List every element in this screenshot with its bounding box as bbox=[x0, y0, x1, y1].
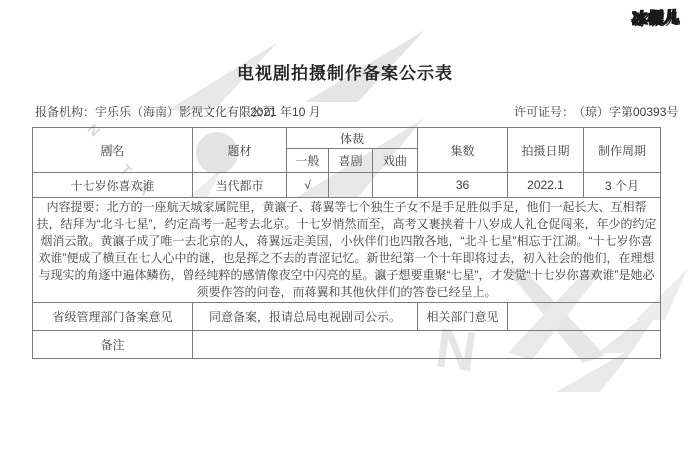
remarks-label: 备注 bbox=[33, 331, 193, 359]
remarks-value bbox=[193, 331, 661, 359]
synopsis-text: 北方的一座航天城家属院里，黄瀛子、蒋翼等七个独生子女不是手足胜似手足，他们一起长… bbox=[37, 200, 657, 299]
cell-general-checkmark: √ bbox=[287, 173, 329, 198]
cell-production-cycle: 3 个月 bbox=[584, 173, 661, 198]
col-header-subject: 题材 bbox=[193, 128, 287, 173]
license-label: 许可证号： bbox=[514, 103, 574, 120]
col-header-episodes: 集数 bbox=[418, 128, 508, 173]
license-number: （琼）字第00393号 bbox=[573, 103, 678, 120]
provincial-opinion-value: 同意备案，报请总局电视剧司公示。 bbox=[193, 303, 418, 331]
cell-shoot-date: 2022.1 bbox=[508, 173, 584, 198]
col-header-form-comedy: 喜剧 bbox=[329, 149, 373, 173]
col-header-production-cycle: 制作周期 bbox=[584, 128, 661, 173]
col-header-shoot-date: 拍摄日期 bbox=[508, 128, 584, 173]
col-header-form-general: 一般 bbox=[287, 149, 329, 173]
col-header-drama-title: 剧名 bbox=[33, 128, 193, 173]
related-opinion-label: 相关部门意见 bbox=[418, 303, 508, 331]
cell-opera-checkmark bbox=[373, 173, 418, 198]
filing-month: 2021 年10 月 bbox=[250, 103, 321, 120]
form-document: 冰棍儿 电视剧拍摄制作备案公示表 报备机构：宇乐乐（海南）影视文化有限公司 20… bbox=[0, 0, 690, 449]
table-row: 十七岁你喜欢谁 当代都市 √ 36 2022.1 3 个月 bbox=[33, 173, 661, 198]
cell-subject: 当代都市 bbox=[193, 173, 287, 198]
synopsis-label: 内容提要： bbox=[46, 200, 106, 214]
page-title: 电视剧拍摄制作备案公示表 bbox=[0, 59, 690, 84]
cell-drama-title: 十七岁你喜欢谁 bbox=[33, 173, 193, 198]
info-row: 报备机构：宇乐乐（海南）影视文化有限公司 2021 年10 月 许可证号： （琼… bbox=[0, 103, 690, 121]
col-header-form-group: 体裁 bbox=[287, 128, 418, 149]
reporting-agency: 报备机构：宇乐乐（海南）影视文化有限公司 bbox=[35, 103, 275, 120]
cell-episodes: 36 bbox=[418, 173, 508, 198]
provincial-opinion-label: 省级管理部门备案意见 bbox=[33, 303, 193, 331]
cell-comedy-checkmark bbox=[329, 173, 373, 198]
uploader-watermark-badge: 冰棍儿 bbox=[631, 6, 681, 29]
page: N R T A N 冰棍儿 电视剧拍摄制作备案公示表 报备机构：宇乐乐（海南）影… bbox=[0, 0, 690, 449]
filing-table: 剧名 题材 体裁 集数 拍摄日期 制作周期 一般 喜剧 戏曲 十七岁你喜欢谁 当… bbox=[32, 127, 661, 359]
col-header-form-opera: 戏曲 bbox=[373, 149, 418, 173]
related-opinion-value bbox=[508, 303, 661, 331]
synopsis-cell: 内容提要：北方的一座航天城家属院里，黄瀛子、蒋翼等七个独生子女不是手足胜似手足，… bbox=[33, 198, 661, 303]
